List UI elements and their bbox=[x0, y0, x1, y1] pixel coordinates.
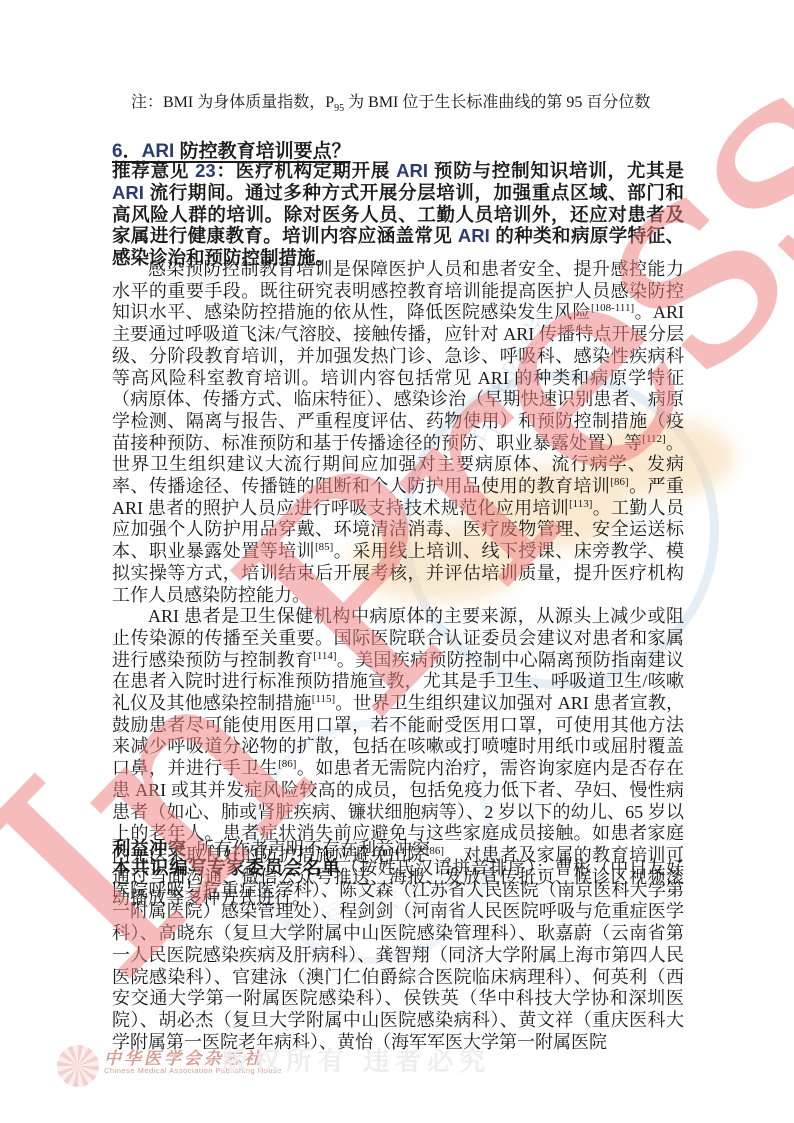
expert-committee-list: 本共识编写专家委员会名单（按姓氏汉语拼音排序）：曹彬（中日友好医院呼吸与危重症医… bbox=[112, 857, 684, 1053]
conflict-of-interest-label: 利益冲突 bbox=[112, 838, 186, 859]
page-content: 注：BMI 为身体质量指数，P95 为 BMI 位于生长标准曲线的第 95 百分… bbox=[0, 0, 794, 1123]
section-heading: 6．ARI 防控教育培训要点？ bbox=[112, 136, 684, 163]
footnote-prefix: 注：BMI 为身体质量指数，P bbox=[131, 94, 334, 111]
body-paragraph-1: 感染预防控制教育培训是保障医护人员和患者安全、提升感控能力水平的重要手段。既往研… bbox=[112, 259, 684, 606]
conflict-of-interest-text: 所有作者声明不存在利益冲突 bbox=[196, 839, 430, 859]
expert-committee-label: 本共识编写专家委员会名单 bbox=[112, 857, 341, 878]
footnote-suffix: 为 BMI 位于生长标准曲线的第 95 百分位数 bbox=[344, 94, 650, 111]
footnote-subscript: 95 bbox=[334, 103, 344, 114]
section-heading-text: 6．ARI 防控教育培训要点？ bbox=[112, 141, 351, 162]
body-text: 感染预防控制教育培训是保障医护人员和患者安全、提升感控能力水平的重要手段。既往研… bbox=[112, 259, 684, 910]
copyright-notice: 版权所有 违者必究 bbox=[222, 1041, 491, 1078]
document-page: 中华医学会 中华医学会杂志社 注：BMI 为身体质量指数，P95 为 BMI 位… bbox=[0, 0, 794, 1123]
table-footnote: 注：BMI 为身体质量指数，P95 为 BMI 位于生长标准曲线的第 95 百分… bbox=[112, 93, 703, 119]
expert-committee-names: （按姓氏汉语拼音排序）：曹彬（中日友好医院呼吸与危重症医学科）、陈文森（江苏省人… bbox=[112, 858, 684, 1052]
recommendation-paragraph: 推荐意见 23：医疗机构定期开展 ARI 预防与控制知识培训，尤其是 ARI 流… bbox=[112, 160, 684, 269]
cma-pinwheel-logo-icon bbox=[57, 1045, 99, 1087]
